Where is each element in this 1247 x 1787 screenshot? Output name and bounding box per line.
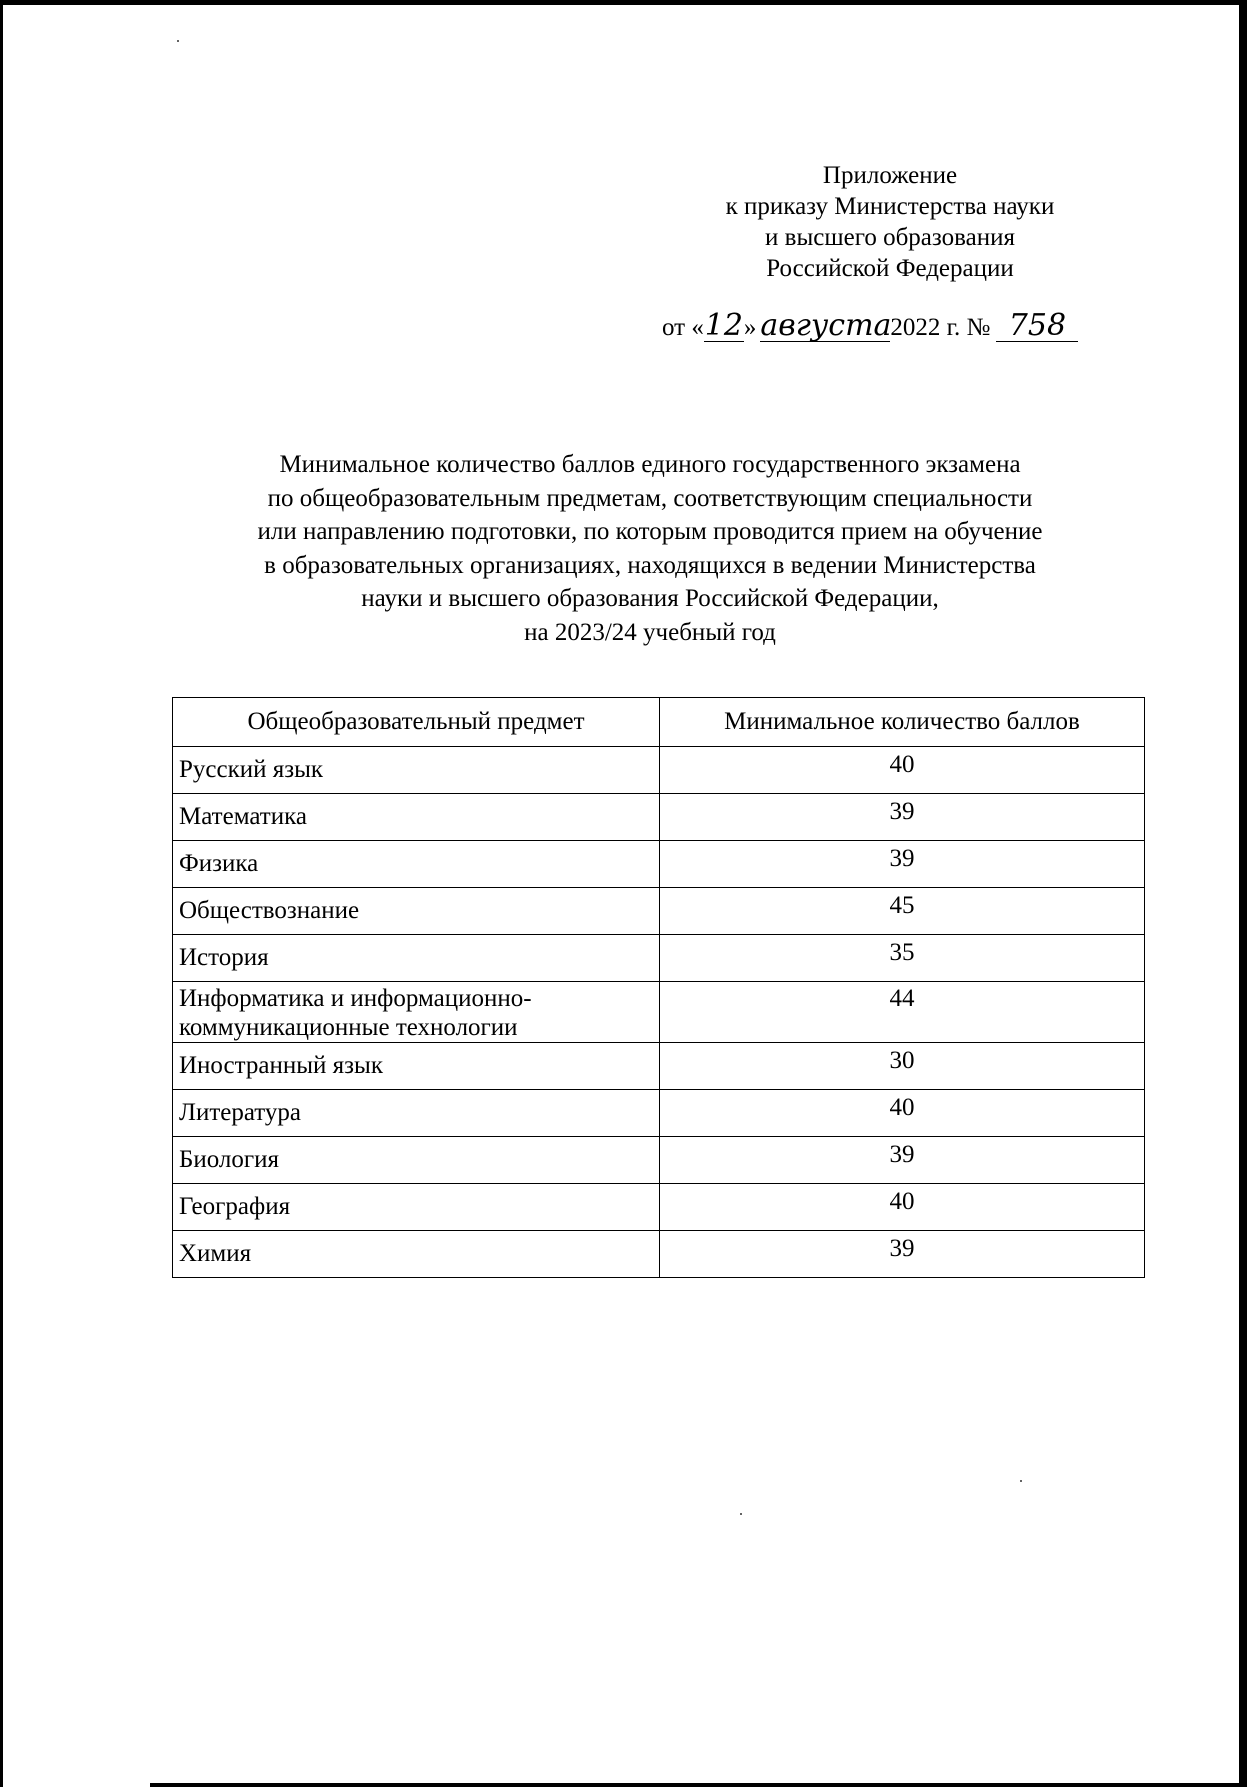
table-row: Информатика и информационно-коммуникацио… <box>173 982 1145 1043</box>
subject-cell: Русский язык <box>173 747 660 794</box>
title-line: на 2023/24 учебный год <box>150 616 1150 650</box>
scan-border-right <box>1239 0 1247 1787</box>
score-cell: 39 <box>660 841 1145 888</box>
subject-cell: История <box>173 935 660 982</box>
score-cell: 39 <box>660 1137 1145 1184</box>
title-line: или направлению подготовки, по которым п… <box>150 515 1150 549</box>
order-year-text: 2022 г. № <box>890 314 990 341</box>
order-day-handwritten: 12 <box>704 311 744 342</box>
table-row: Литература40 <box>173 1090 1145 1137</box>
document-title: Минимальное количество баллов единого го… <box>150 448 1150 649</box>
subject-cell: Иностранный язык <box>173 1043 660 1090</box>
appendix-line: Приложение <box>640 160 1140 191</box>
table-row: Обществознание45 <box>173 888 1145 935</box>
table-row: Химия39 <box>173 1231 1145 1278</box>
subject-cell: География <box>173 1184 660 1231</box>
scan-border-left <box>0 0 3 1787</box>
scan-border-bottom <box>150 1783 1247 1787</box>
subject-cell: Физика <box>173 841 660 888</box>
title-line: науки и высшего образования Российской Ф… <box>150 582 1150 616</box>
order-date-line: от «12»августа2022 г. №758 <box>662 311 1078 345</box>
table-row: Русский язык40 <box>173 747 1145 794</box>
header-subject: Общеобразовательный предмет <box>173 698 660 747</box>
table-row: Иностранный язык30 <box>173 1043 1145 1090</box>
table-row: Физика39 <box>173 841 1145 888</box>
appendix-header: Приложение к приказу Министерства науки … <box>640 160 1140 284</box>
table-row: География40 <box>173 1184 1145 1231</box>
title-line: в образовательных организациях, находящи… <box>150 549 1150 583</box>
table-header-row: Общеобразовательный предмет Минимальное … <box>173 698 1145 747</box>
subject-cell: Математика <box>173 794 660 841</box>
score-cell: 39 <box>660 794 1145 841</box>
score-cell: 30 <box>660 1043 1145 1090</box>
score-cell: 40 <box>660 1090 1145 1137</box>
order-quote-close: » <box>744 314 757 341</box>
order-date-prefix: от « <box>662 314 704 341</box>
table-row: Биология39 <box>173 1137 1145 1184</box>
appendix-line: и высшего образования <box>640 222 1140 253</box>
header-min-score: Минимальное количество баллов <box>660 698 1145 747</box>
score-cell: 35 <box>660 935 1145 982</box>
subject-cell: Биология <box>173 1137 660 1184</box>
order-month-handwritten: августа <box>760 311 890 342</box>
score-cell: 39 <box>660 1231 1145 1278</box>
score-cell: 40 <box>660 1184 1145 1231</box>
subject-cell: Литература <box>173 1090 660 1137</box>
min-scores-table: Общеобразовательный предмет Минимальное … <box>172 697 1145 1278</box>
subject-cell-line: коммуникационные технологии <box>179 1013 653 1042</box>
score-cell: 45 <box>660 888 1145 935</box>
subject-cell: Обществознание <box>173 888 660 935</box>
scan-speck <box>740 1513 742 1515</box>
title-line: Минимальное количество баллов единого го… <box>150 448 1150 482</box>
score-cell: 44 <box>660 982 1145 1043</box>
table-row: Математика39 <box>173 794 1145 841</box>
scan-border-top <box>0 0 1247 5</box>
table-row: История35 <box>173 935 1145 982</box>
subject-cell: Химия <box>173 1231 660 1278</box>
title-line: по общеобразовательным предметам, соотве… <box>150 482 1150 516</box>
subject-cell: Информатика и информационно-коммуникацио… <box>173 982 660 1043</box>
score-cell: 40 <box>660 747 1145 794</box>
appendix-line: Российской Федерации <box>640 253 1140 284</box>
scan-speck <box>1020 1480 1022 1482</box>
subject-cell-line: Информатика и информационно- <box>179 984 653 1013</box>
order-number-handwritten: 758 <box>996 311 1078 342</box>
appendix-line: к приказу Министерства науки <box>640 191 1140 222</box>
scan-speck <box>177 40 179 42</box>
